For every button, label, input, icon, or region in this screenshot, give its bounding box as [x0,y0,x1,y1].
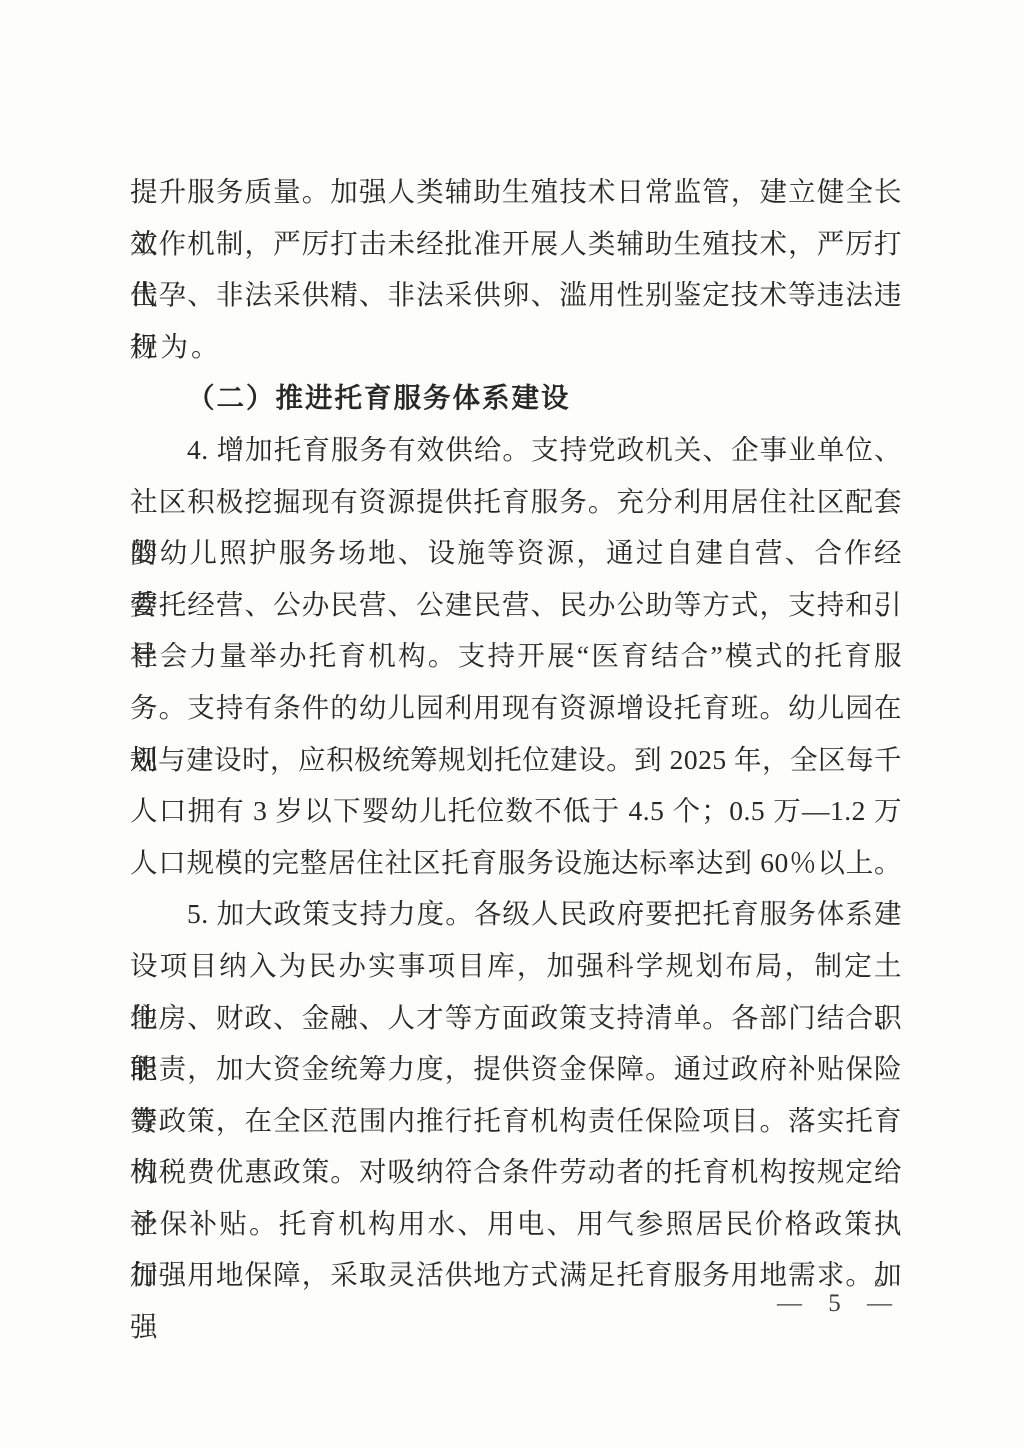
document-body: 提升服务质量。加强人类辅助生殖技术日常监管，建立健全长效 工作机制，严厉打击未经… [130,166,902,1301]
text-line: 社保补贴。托育机构用水、用电、用气参照居民价格政策执行。 [130,1198,902,1250]
text-line: 人口拥有 3 岁以下婴幼儿托位数不低于 4.5 个；0.5 万—1.2 万 [130,785,902,837]
page-number: — 5 — [777,1286,894,1322]
text-line: 提升服务质量。加强人类辅助生殖技术日常监管，建立健全长效 [130,166,902,218]
text-line: 代孕、非法采供精、非法采供卵、滥用性别鉴定技术等违法违规 [130,269,902,321]
text-line: 社区积极挖掘现有资源提供托育服务。充分利用居住社区配套的 [130,476,902,528]
text-line: 设项目纳入为民办实事项目库，加强科学规划布局，制定土地、 [130,940,902,992]
text-line: 4. 增加托育服务有效供给。支持党政机关、企事业单位、 [130,424,902,476]
text-line: 职责，加大资金统筹力度，提供资金保障。通过政府补贴保险费 [130,1043,902,1095]
text-line: 人口规模的完整居住社区托育服务设施达标率达到 60％以上。 [130,837,902,889]
text-line: 划与建设时，应积极统筹规划托位建设。到 2025 年，全区每千 [130,734,902,786]
text-line: 工作机制，严厉打击未经批准开展人类辅助生殖技术，严厉打击 [130,218,902,270]
text-line: 婴幼儿照护服务场地、设施等资源，通过自建自营、合作经营、 [130,527,902,579]
text-line: 等政策，在全区范围内推行托育机构责任保险项目。落实托育机 [130,1095,902,1147]
text-line: 构税费优惠政策。对吸纳符合条件劳动者的托育机构按规定给予 [130,1146,902,1198]
text-line: 委托经营、公办民营、公建民营、民办公助等方式，支持和引导 [130,579,902,631]
text-line: 社会力量举办托育机构。支持开展“医育结合”模式的托育服 [130,630,902,682]
document-page: 提升服务质量。加强人类辅助生殖技术日常监管，建立健全长效 工作机制，严厉打击未经… [0,0,1024,1448]
text-line: 行为。 [130,321,902,373]
text-line: 务。支持有条件的幼儿园利用现有资源增设托育班。幼儿园在规 [130,682,902,734]
text-line: 5. 加大政策支持力度。各级人民政府要把托育服务体系建 [130,888,902,940]
text-line: 住房、财政、金融、人才等方面政策支持清单。各部门结合职能 [130,992,902,1044]
section-heading: （二）推进托育服务体系建设 [130,372,902,424]
